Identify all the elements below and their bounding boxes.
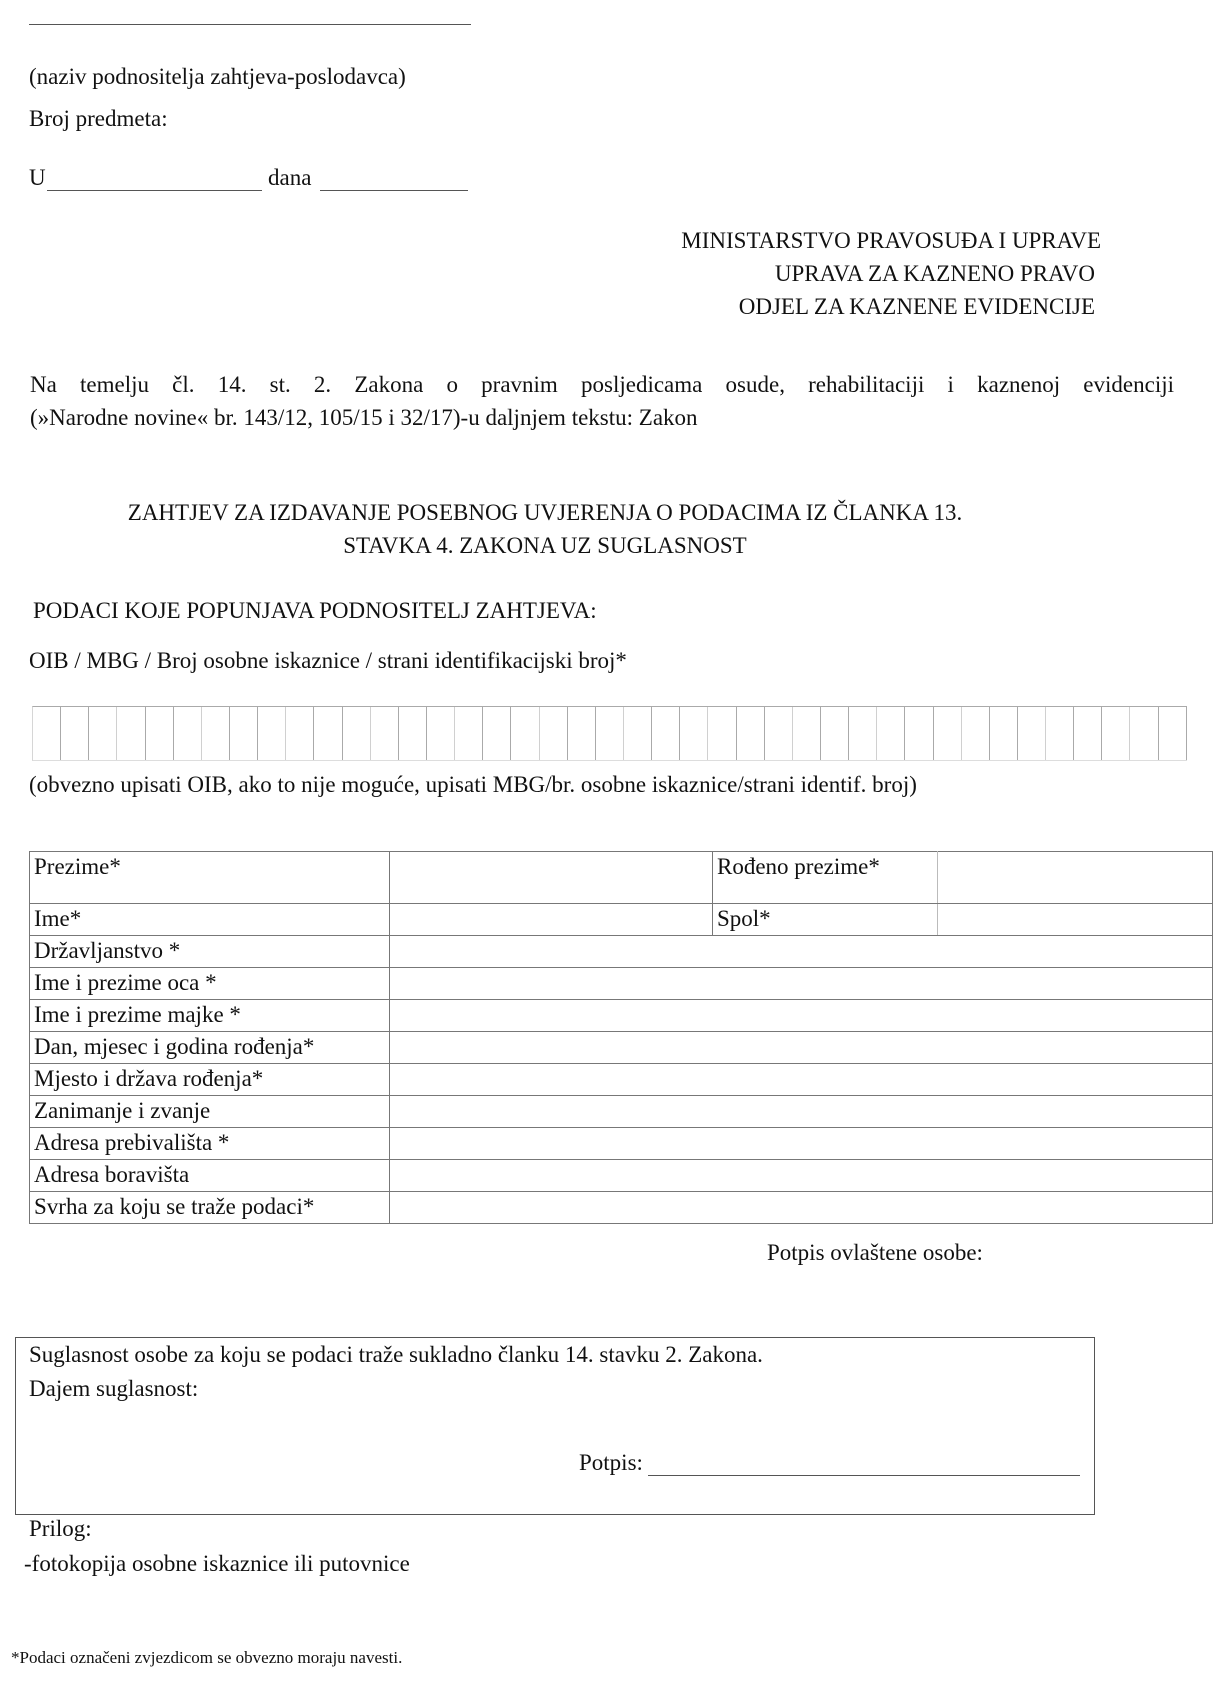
field-label: Svrha za koju se traže podaci* [30, 1192, 390, 1224]
id-digit-cell[interactable] [821, 707, 849, 760]
table-row: Adresa boravišta [30, 1160, 1213, 1192]
table-row: Dan, mjesec i godina rođenja* [30, 1032, 1213, 1064]
id-digit-cell[interactable] [455, 707, 483, 760]
table-row: Ime i prezime oca * [30, 968, 1213, 1000]
id-digit-cell[interactable] [1130, 707, 1158, 760]
field-input[interactable] [390, 1128, 1213, 1160]
recipient-block: MINISTARSTVO PRAVOSUĐA I UPRAVE UPRAVA Z… [681, 224, 1101, 323]
id-digit-cell[interactable] [596, 707, 624, 760]
applicant-name-line[interactable] [29, 24, 471, 25]
table-row: Adresa prebivališta * [30, 1128, 1213, 1160]
id-digit-cell[interactable] [680, 707, 708, 760]
applicant-section-heading: PODACI KOJE POPUNJAVA PODNOSITELJ ZAHTJE… [33, 598, 597, 624]
attachment-item: -fotokopija osobne iskaznice ili putovni… [24, 1551, 410, 1577]
field-input[interactable] [390, 1064, 1213, 1096]
id-digit-cell[interactable] [962, 707, 990, 760]
id-digit-cell[interactable] [511, 707, 539, 760]
legal-basis-line-2: (»Narodne novine« br. 143/12, 105/15 i 3… [30, 401, 1174, 434]
id-digit-cell[interactable] [990, 707, 1018, 760]
field-label: Mjesto i država rođenja* [30, 1064, 390, 1096]
field-input[interactable] [390, 1032, 1213, 1064]
field-label: Ime i prezime oca * [30, 968, 390, 1000]
recipient-line: ODJEL ZA KAZNENE EVIDENCIJE [681, 290, 1095, 323]
id-digit-cell[interactable] [737, 707, 765, 760]
field-input[interactable] [390, 1160, 1213, 1192]
id-digit-cell[interactable] [652, 707, 680, 760]
field-label: Zanimanje i zvanje [30, 1096, 390, 1128]
place-prefix: U [29, 165, 46, 191]
consent-box: Suglasnost osobe za koju se podaci traže… [15, 1337, 1095, 1515]
name-field[interactable] [390, 904, 713, 936]
surname-label: Prezime* [30, 852, 390, 904]
table-row: Prezime* Rođeno prezime* [30, 852, 1213, 904]
id-digit-cell[interactable] [343, 707, 371, 760]
id-digit-cell[interactable] [483, 707, 511, 760]
legal-basis-paragraph: Na temelju čl. 14. st. 2. Zakona o pravn… [30, 368, 1174, 434]
id-digit-cell[interactable] [1102, 707, 1130, 760]
id-digit-cell[interactable] [33, 707, 61, 760]
id-digit-cell[interactable] [427, 707, 455, 760]
date-label: dana [268, 165, 311, 191]
sex-field[interactable] [938, 904, 1213, 936]
id-digit-cell[interactable] [230, 707, 258, 760]
id-digit-cell[interactable] [1159, 707, 1187, 760]
id-digit-cell[interactable] [793, 707, 821, 760]
case-number-label: Broj predmeta: [29, 106, 168, 132]
field-label: Adresa boravišta [30, 1160, 390, 1192]
document-title: ZAHTJEV ZA IZDAVANJE POSEBNOG UVJERENJA … [30, 496, 1060, 562]
surname-field[interactable] [390, 852, 713, 904]
attachment-label: Prilog: [29, 1516, 92, 1542]
field-input[interactable] [390, 1096, 1213, 1128]
table-row: Zanimanje i zvanje [30, 1096, 1213, 1128]
id-digit-cell[interactable] [540, 707, 568, 760]
table-row: Mjesto i država rođenja* [30, 1064, 1213, 1096]
id-digit-cell[interactable] [1046, 707, 1074, 760]
id-number-grid[interactable] [32, 706, 1187, 761]
field-label: Dan, mjesec i godina rođenja* [30, 1032, 390, 1064]
id-digit-cell[interactable] [934, 707, 962, 760]
id-digit-cell[interactable] [399, 707, 427, 760]
id-digit-cell[interactable] [202, 707, 230, 760]
table-row: Svrha za koju se traže podaci* [30, 1192, 1213, 1224]
name-label: Ime* [30, 904, 390, 936]
field-input[interactable] [390, 1192, 1213, 1224]
id-digit-cell[interactable] [89, 707, 117, 760]
id-number-label: OIB / MBG / Broj osobne iskaznice / stra… [29, 648, 627, 674]
field-input[interactable] [390, 968, 1213, 1000]
birth-surname-label: Rođeno prezime* [713, 852, 938, 904]
id-digit-cell[interactable] [708, 707, 736, 760]
id-digit-cell[interactable] [1074, 707, 1102, 760]
id-digit-cell[interactable] [877, 707, 905, 760]
applicant-name-caption: (naziv podnositelja zahtjeva-poslodavca) [29, 64, 406, 90]
id-digit-cell[interactable] [314, 707, 342, 760]
place-field[interactable] [47, 190, 262, 191]
required-fields-footnote: *Podaci označeni zvjezdicom se obvezno m… [11, 1648, 402, 1668]
field-input[interactable] [390, 936, 1213, 968]
legal-basis-line-1: Na temelju čl. 14. st. 2. Zakona o pravn… [30, 368, 1174, 401]
title-line-1: ZAHTJEV ZA IZDAVANJE POSEBNOG UVJERENJA … [30, 496, 1060, 529]
table-row: Ime* Spol* [30, 904, 1213, 936]
id-digit-cell[interactable] [258, 707, 286, 760]
title-line-2: STAVKA 4. ZAKONA UZ SUGLASNOST [30, 529, 1060, 562]
id-digit-cell[interactable] [146, 707, 174, 760]
recipient-line: MINISTARSTVO PRAVOSUĐA I UPRAVE [681, 224, 1101, 257]
consent-signature-label: Potpis: [579, 1450, 643, 1476]
id-digit-cell[interactable] [624, 707, 652, 760]
consent-signature-field[interactable] [648, 1475, 1080, 1476]
table-row: Ime i prezime majke * [30, 1000, 1213, 1032]
field-label: Ime i prezime majke * [30, 1000, 390, 1032]
sex-label: Spol* [713, 904, 938, 936]
id-digit-cell[interactable] [849, 707, 877, 760]
id-number-note: (obvezno upisati OIB, ako to nije moguće… [29, 772, 917, 798]
authorized-signature-label: Potpis ovlaštene osobe: [767, 1240, 983, 1266]
personal-data-table: Prezime* Rođeno prezime* Ime* Spol* Drža… [29, 851, 1213, 1224]
id-digit-cell[interactable] [371, 707, 399, 760]
table-row: Državljanstvo * [30, 936, 1213, 968]
field-label: Adresa prebivališta * [30, 1128, 390, 1160]
id-digit-cell[interactable] [174, 707, 202, 760]
recipient-line: UPRAVA ZA KAZNENO PRAVO [681, 257, 1095, 290]
id-digit-cell[interactable] [1018, 707, 1046, 760]
field-label: Državljanstvo * [30, 936, 390, 968]
consent-statement: Suglasnost osobe za koju se podaci traže… [29, 1342, 763, 1368]
id-digit-cell[interactable] [905, 707, 933, 760]
id-digit-cell[interactable] [568, 707, 596, 760]
id-digit-cell[interactable] [765, 707, 793, 760]
id-digit-cell[interactable] [61, 707, 89, 760]
field-input[interactable] [390, 1000, 1213, 1032]
id-digit-cell[interactable] [286, 707, 314, 760]
birth-surname-field[interactable] [938, 852, 1213, 904]
id-digit-cell[interactable] [117, 707, 145, 760]
date-field[interactable] [320, 190, 468, 191]
consent-given-label: Dajem suglasnost: [29, 1376, 198, 1402]
